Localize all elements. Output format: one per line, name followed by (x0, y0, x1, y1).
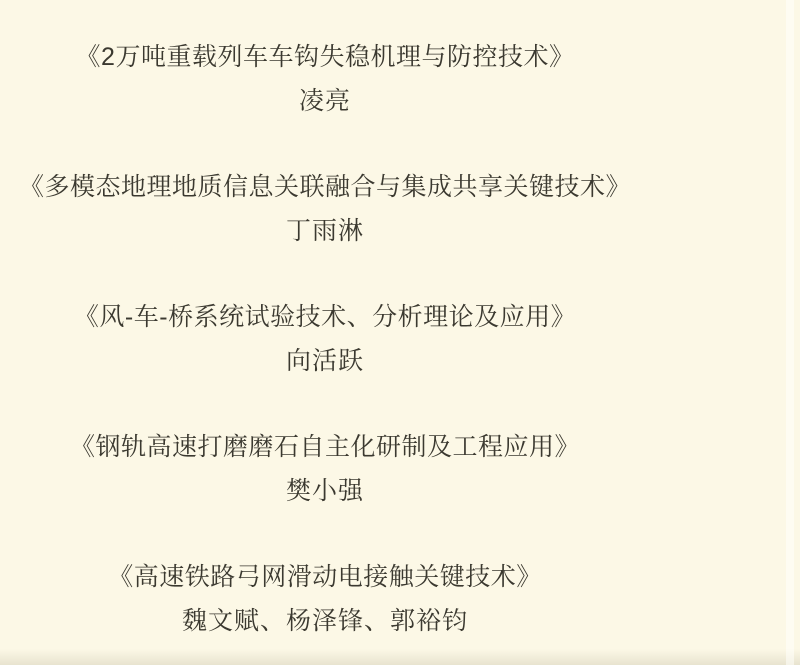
book-title: 《高速铁路弓网滑动电接触关键技术》 (0, 562, 650, 592)
book-authors: 丁雨淋 (0, 216, 650, 246)
book-entry: 《钢轨高速打磨磨石自主化研制及工程应用》 樊小强 (0, 432, 650, 506)
book-list: 《2万吨重载列车车钩失稳机理与防控技术》 凌亮 《多模态地理地质信息关联融合与集… (0, 0, 650, 636)
book-entry: 《高速铁路弓网滑动电接触关键技术》 魏文赋、杨泽锋、郭裕钧 (0, 562, 650, 636)
book-authors: 凌亮 (0, 86, 650, 116)
book-entry: 《多模态地理地质信息关联融合与集成共享关键技术》 丁雨淋 (0, 172, 650, 246)
book-title: 《2万吨重载列车车钩失稳机理与防控技术》 (0, 42, 650, 72)
book-entry: 《风-车-桥系统试验技术、分析理论及应用》 向活跃 (0, 302, 650, 376)
book-entry: 《2万吨重载列车车钩失稳机理与防控技术》 凌亮 (0, 42, 650, 116)
bottom-edge-shadow (0, 649, 800, 665)
book-authors: 向活跃 (0, 346, 650, 376)
right-edge-highlight (786, 0, 794, 665)
book-authors: 樊小强 (0, 476, 650, 506)
book-title: 《风-车-桥系统试验技术、分析理论及应用》 (0, 302, 650, 332)
book-authors: 魏文赋、杨泽锋、郭裕钧 (0, 606, 650, 636)
book-title: 《钢轨高速打磨磨石自主化研制及工程应用》 (0, 432, 650, 462)
book-title: 《多模态地理地质信息关联融合与集成共享关键技术》 (0, 172, 650, 202)
